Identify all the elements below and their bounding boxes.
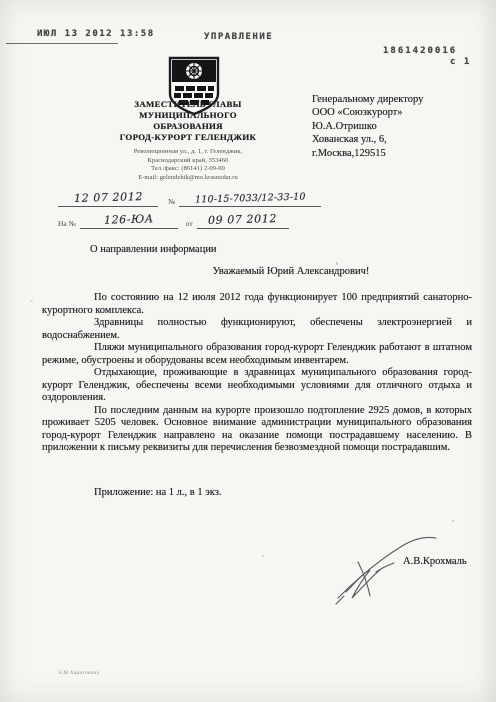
recipient-line: г.Москва,129515: [312, 147, 423, 160]
fax-underline: [6, 43, 118, 44]
reply-to-label: На №: [58, 219, 80, 229]
letterhead-title-line: ЗАМЕСТИТЕЛЬ ГЛАВЫ: [73, 99, 303, 110]
reference-line-incoming: На № 126-ЮА от 09 07 2012: [58, 210, 289, 229]
recipient-block: Генеральному директору ООО «Союзкурорт» …: [312, 93, 423, 160]
handwritten-signature: [332, 532, 442, 615]
fax-timestamp: ИЮЛ 13 2012 13:58: [37, 29, 155, 39]
incoming-number-field: 126-ЮА: [80, 210, 178, 229]
letterhead-address-line: Революционная ул., д. 1, г. Геленджик,: [73, 148, 303, 157]
letterhead-address-line: Тел./факс: (86141) 2-09-00: [73, 165, 303, 174]
fax-page-indicator: с 1: [450, 57, 471, 67]
letterhead-address-line: E-mail: gelendzhik@mo.krasnodar.ru: [73, 174, 303, 183]
letterhead-address-line: Краснодарский край, 353460: [73, 157, 303, 166]
scanned-letter-page: ИЮЛ 13 2012 13:58 УПРАВЛЕНИЕ 1861420016 …: [0, 0, 496, 702]
letterhead-title: ЗАМЕСТИТЕЛЬ ГЛАВЫ МУНИЦИПАЛЬНОГО ОБРАЗОВ…: [73, 99, 303, 143]
scan-speckle: [336, 262, 338, 265]
recipient-line: ООО «Союзкурорт»: [312, 106, 423, 119]
body-paragraph: По последним данным на курорте произошло…: [42, 405, 472, 455]
letter-body: По состоянию на 12 июля 2012 года функци…: [42, 292, 472, 455]
body-paragraph: Здравницы полностью функционируют, обесп…: [42, 317, 472, 342]
outgoing-date-field: 12 07 2012: [58, 188, 158, 207]
signatory-name: А.В.Крохмаль: [403, 556, 467, 567]
outgoing-number-handwritten: 110-15-7033/12-33-10: [195, 191, 306, 205]
outgoing-number-field: 110-15-7033/12-33-10: [179, 188, 321, 207]
body-paragraph: По состоянию на 12 июля 2012 года функци…: [42, 292, 472, 317]
salutation: Уважаемый Юрий Александрович!: [76, 266, 496, 277]
recipient-line: Генеральному директору: [312, 93, 423, 106]
scan-speckle: [262, 555, 264, 557]
body-paragraph: Отдыхающие, проживающие в здравницах мун…: [42, 367, 472, 405]
letterhead-title-line: МУНИЦИПАЛЬНОГО: [73, 110, 303, 121]
fax-code: 1861420016: [383, 46, 457, 56]
incoming-date-handwritten: 09 07 2012: [208, 212, 277, 227]
scan-speckle: [30, 300, 33, 302]
letterhead-title-line: ГОРОД-КУРОРТ ГЕЛЕНДЖИК: [73, 132, 303, 143]
body-paragraph: Пляжи муниципального образования город-к…: [42, 342, 472, 367]
outgoing-date-handwritten: 12 07 2012: [73, 190, 142, 205]
reference-line-outgoing: 12 07 2012 № 110-15-7033/12-33-10: [58, 188, 321, 207]
letterhead-title-line: ОБРАЗОВАНИЯ: [73, 121, 303, 132]
letterhead-address: Революционная ул., д. 1, г. Геленджик, К…: [73, 148, 303, 182]
recipient-line: Ю.А.Отришко: [312, 120, 423, 133]
subject-line: О направлении информации: [90, 244, 217, 255]
recipient-line: Хованская ул., 6,: [312, 133, 423, 146]
number-sign-label: №: [158, 197, 179, 207]
executor-note: Э.М.Харитонова: [58, 670, 99, 676]
attachment-note: Приложение: на 1 л., в 1 экз.: [42, 487, 472, 498]
incoming-number-handwritten: 126-ЮА: [104, 212, 154, 226]
scan-speckle: [452, 520, 454, 522]
fax-sender-label: УПРАВЛЕНИЕ: [204, 32, 273, 42]
incoming-date-field: 09 07 2012: [197, 210, 289, 229]
from-date-label: от: [178, 219, 197, 229]
